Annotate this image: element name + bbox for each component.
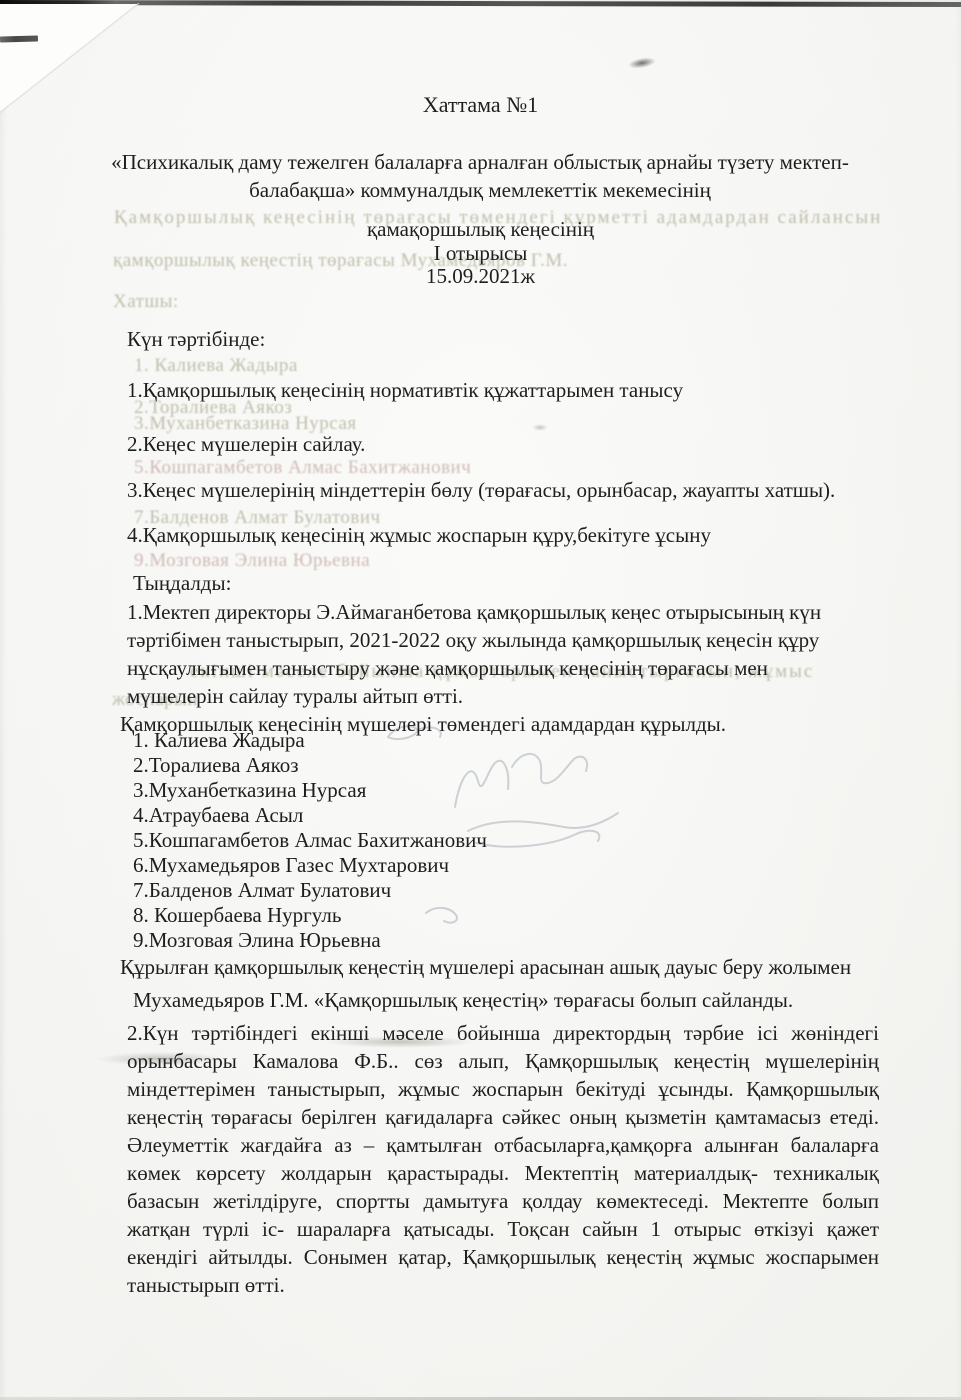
vote-result-line2: Мухамедьяров Г.М. «Қамқоршылық кеңестің»…	[133, 986, 793, 1014]
member-list-item: 1. Калиева Жадыра	[133, 728, 487, 753]
paragraph1-line: мүшелерін сайлау туралы айтып өтті.	[127, 682, 917, 710]
member-list-item: 8. Кошербаева Нургуль	[133, 903, 487, 928]
paragraph1-line: нұсқаулығымен таныстыру және қамқоршылық…	[127, 654, 917, 682]
document-title: Хаттама №1	[0, 92, 961, 118]
paragraph1-line: 1.Мектеп директоры Э.Аймаганбетова қамқо…	[127, 598, 917, 626]
agenda-item-4: 4.Қамқоршылық кеңесінің жұмыс жоспарын қ…	[127, 521, 711, 549]
paragraph1-line: тәртібімен таныстырып, 2021-2022 оқу жыл…	[127, 626, 917, 654]
member-list-item: 3.Муханбетказина Нурсая	[133, 778, 487, 803]
member-list-item: 9.Мозговая Элина Юрьевна	[133, 928, 487, 953]
scanned-document-page: Қамқоршылық кеңесінің төрағасы төмендегі…	[0, 0, 961, 1400]
bleed-through-line: Хатшы:	[113, 290, 179, 314]
agenda-heading: Күн тәртібінде:	[127, 325, 265, 353]
scan-left-margin-mark	[0, 36, 38, 43]
organization-name-line2: балабақша» коммуналдық мемлекеттік мекем…	[50, 176, 910, 204]
bleed-through-line: 1. Калиева Жадыра	[134, 354, 298, 378]
member-list-item: 4.Атраубаева Асыл	[133, 803, 487, 828]
council-line: қамақоршылық кеңесінің	[0, 215, 961, 243]
member-list-item: 2.Торалиева Аякоз	[133, 753, 487, 778]
document-date: 15.09.2021ж	[0, 264, 961, 288]
organization-name-line1: «Психикалық даму тежелген балаларға арна…	[50, 148, 910, 176]
heard-heading: Тыңдалды:	[133, 569, 231, 597]
member-list-item: 7.Балденов Алмат Булатович	[133, 878, 487, 903]
agenda-item-2: 2.Кеңес мүшелерін сайлау.	[127, 430, 365, 458]
vote-result-line1: Құрылған қамқоршылық кеңестің мүшелері а…	[120, 953, 851, 981]
agenda-item-3: 3.Кеңес мүшелерінің міндеттерін бөлу (тө…	[127, 476, 835, 504]
member-list-item: 5.Кошпагамбетов Алмас Бахитжанович	[133, 828, 487, 853]
agenda-item-1: 1.Қамқоршылық кеңесінің нормативтік құжа…	[127, 376, 683, 404]
member-list-item: 6.Мухамедьяров Газес Мухтарович	[133, 853, 487, 878]
session-number: І отырысы	[0, 241, 961, 265]
scan-top-edge-line	[0, 0, 961, 7]
ink-smudge	[627, 56, 656, 71]
faint-smudge	[532, 424, 548, 431]
paragraph2: 2.Күн тәртібіндегі екінші мәселе бойынша…	[127, 1019, 879, 1299]
